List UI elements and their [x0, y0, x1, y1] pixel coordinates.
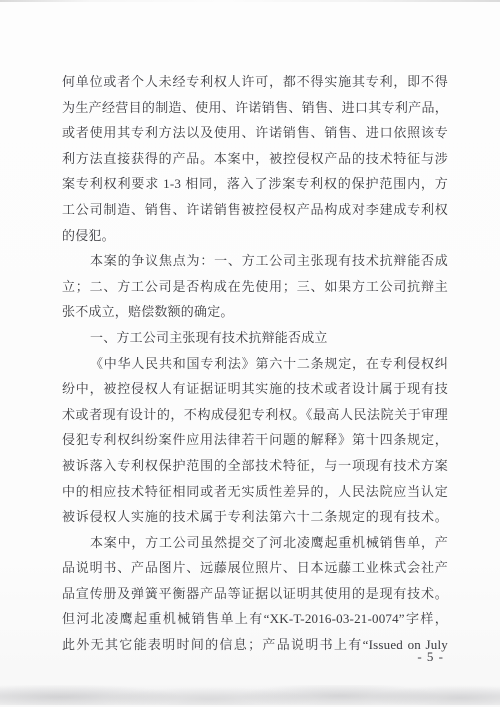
text-line: 一、方工公司主张现有技术抗辩能否成立 [62, 325, 448, 351]
scanned-page: 何单位或者个人未经专利权人许可，都不得实施其专利，即不得为生产经营目的制造、使用… [0, 0, 500, 707]
text-line: 本案中，方工公司虽然提交了河北凌鹰起重机械销售单，产 [62, 530, 448, 556]
text-line: 张不成立，赔偿数额的确定。 [62, 299, 448, 325]
text-line: 工公司制造、销售、许诺销售被控侵权产品构成对李建成专利权 [62, 197, 448, 223]
text-line: 利方法直接获得的产品。本案中，被控侵权产品的技术特征与涉 [62, 146, 448, 172]
judgment-text-block: 何单位或者个人未经专利权人许可，都不得实施其专利，即不得为生产经营目的制造、使用… [62, 69, 448, 658]
text-line: 或者使用其专利方法以及使用、许诺销售、销售、进口依照该专 [62, 120, 448, 146]
text-line: 何单位或者个人未经专利权人许可，都不得实施其专利，即不得 [62, 69, 448, 95]
text-line: 被诉落入专利权保护范围的全部技术特征，与一项现有技术方案 [62, 453, 448, 479]
scan-shadow-artifact [0, 685, 500, 705]
text-line: 纷中，被控侵权人有证据证明其实施的技术或者设计属于现有技 [62, 376, 448, 402]
text-line: 但河北凌鹰起重机械销售单上有“XK-T-2016-03-21-0074”字样， [62, 606, 448, 632]
text-line: 品说明书、产品图片、远藤展位照片、日本远藤工业株式会社产 [62, 555, 448, 581]
text-line: 中的相应技术特征相同或者无实质性差异的，人民法院应当认定 [62, 479, 448, 505]
scan-edge-artifact [0, 0, 500, 2]
text-line: 被诉侵权人实施的技术属于专利法第六十二条规定的现有技术。 [62, 504, 448, 530]
text-line: 案专利权利要求 1-3 相同，落入了涉案专利权的保护范围内，方 [62, 171, 448, 197]
text-line: 侵犯专利权纠纷案件应用法律若干问题的解释》第十四条规定， [62, 427, 448, 453]
text-line: 为生产经营目的制造、使用、许诺销售、销售、进口其专利产品， [62, 95, 448, 121]
page-number: - 5 - [62, 649, 444, 665]
text-line: 本案的争议焦点为：一、方工公司主张现有技术抗辩能否成 [62, 248, 448, 274]
text-line: 品宣传册及弹簧平衡器产品等证据以证明其使用的是现有技术。 [62, 581, 448, 607]
text-line: 《中华人民共和国专利法》第六十二条规定，在专利侵权纠 [62, 351, 448, 377]
text-line: 术或者现有设计的，不构成侵犯专利权。《最高人民法院关于审理 [62, 402, 448, 428]
text-line: 的侵犯。 [62, 223, 448, 249]
text-line: 立；二、方工公司是否构成在先使用；三、如果方工公司抗辩主 [62, 274, 448, 300]
